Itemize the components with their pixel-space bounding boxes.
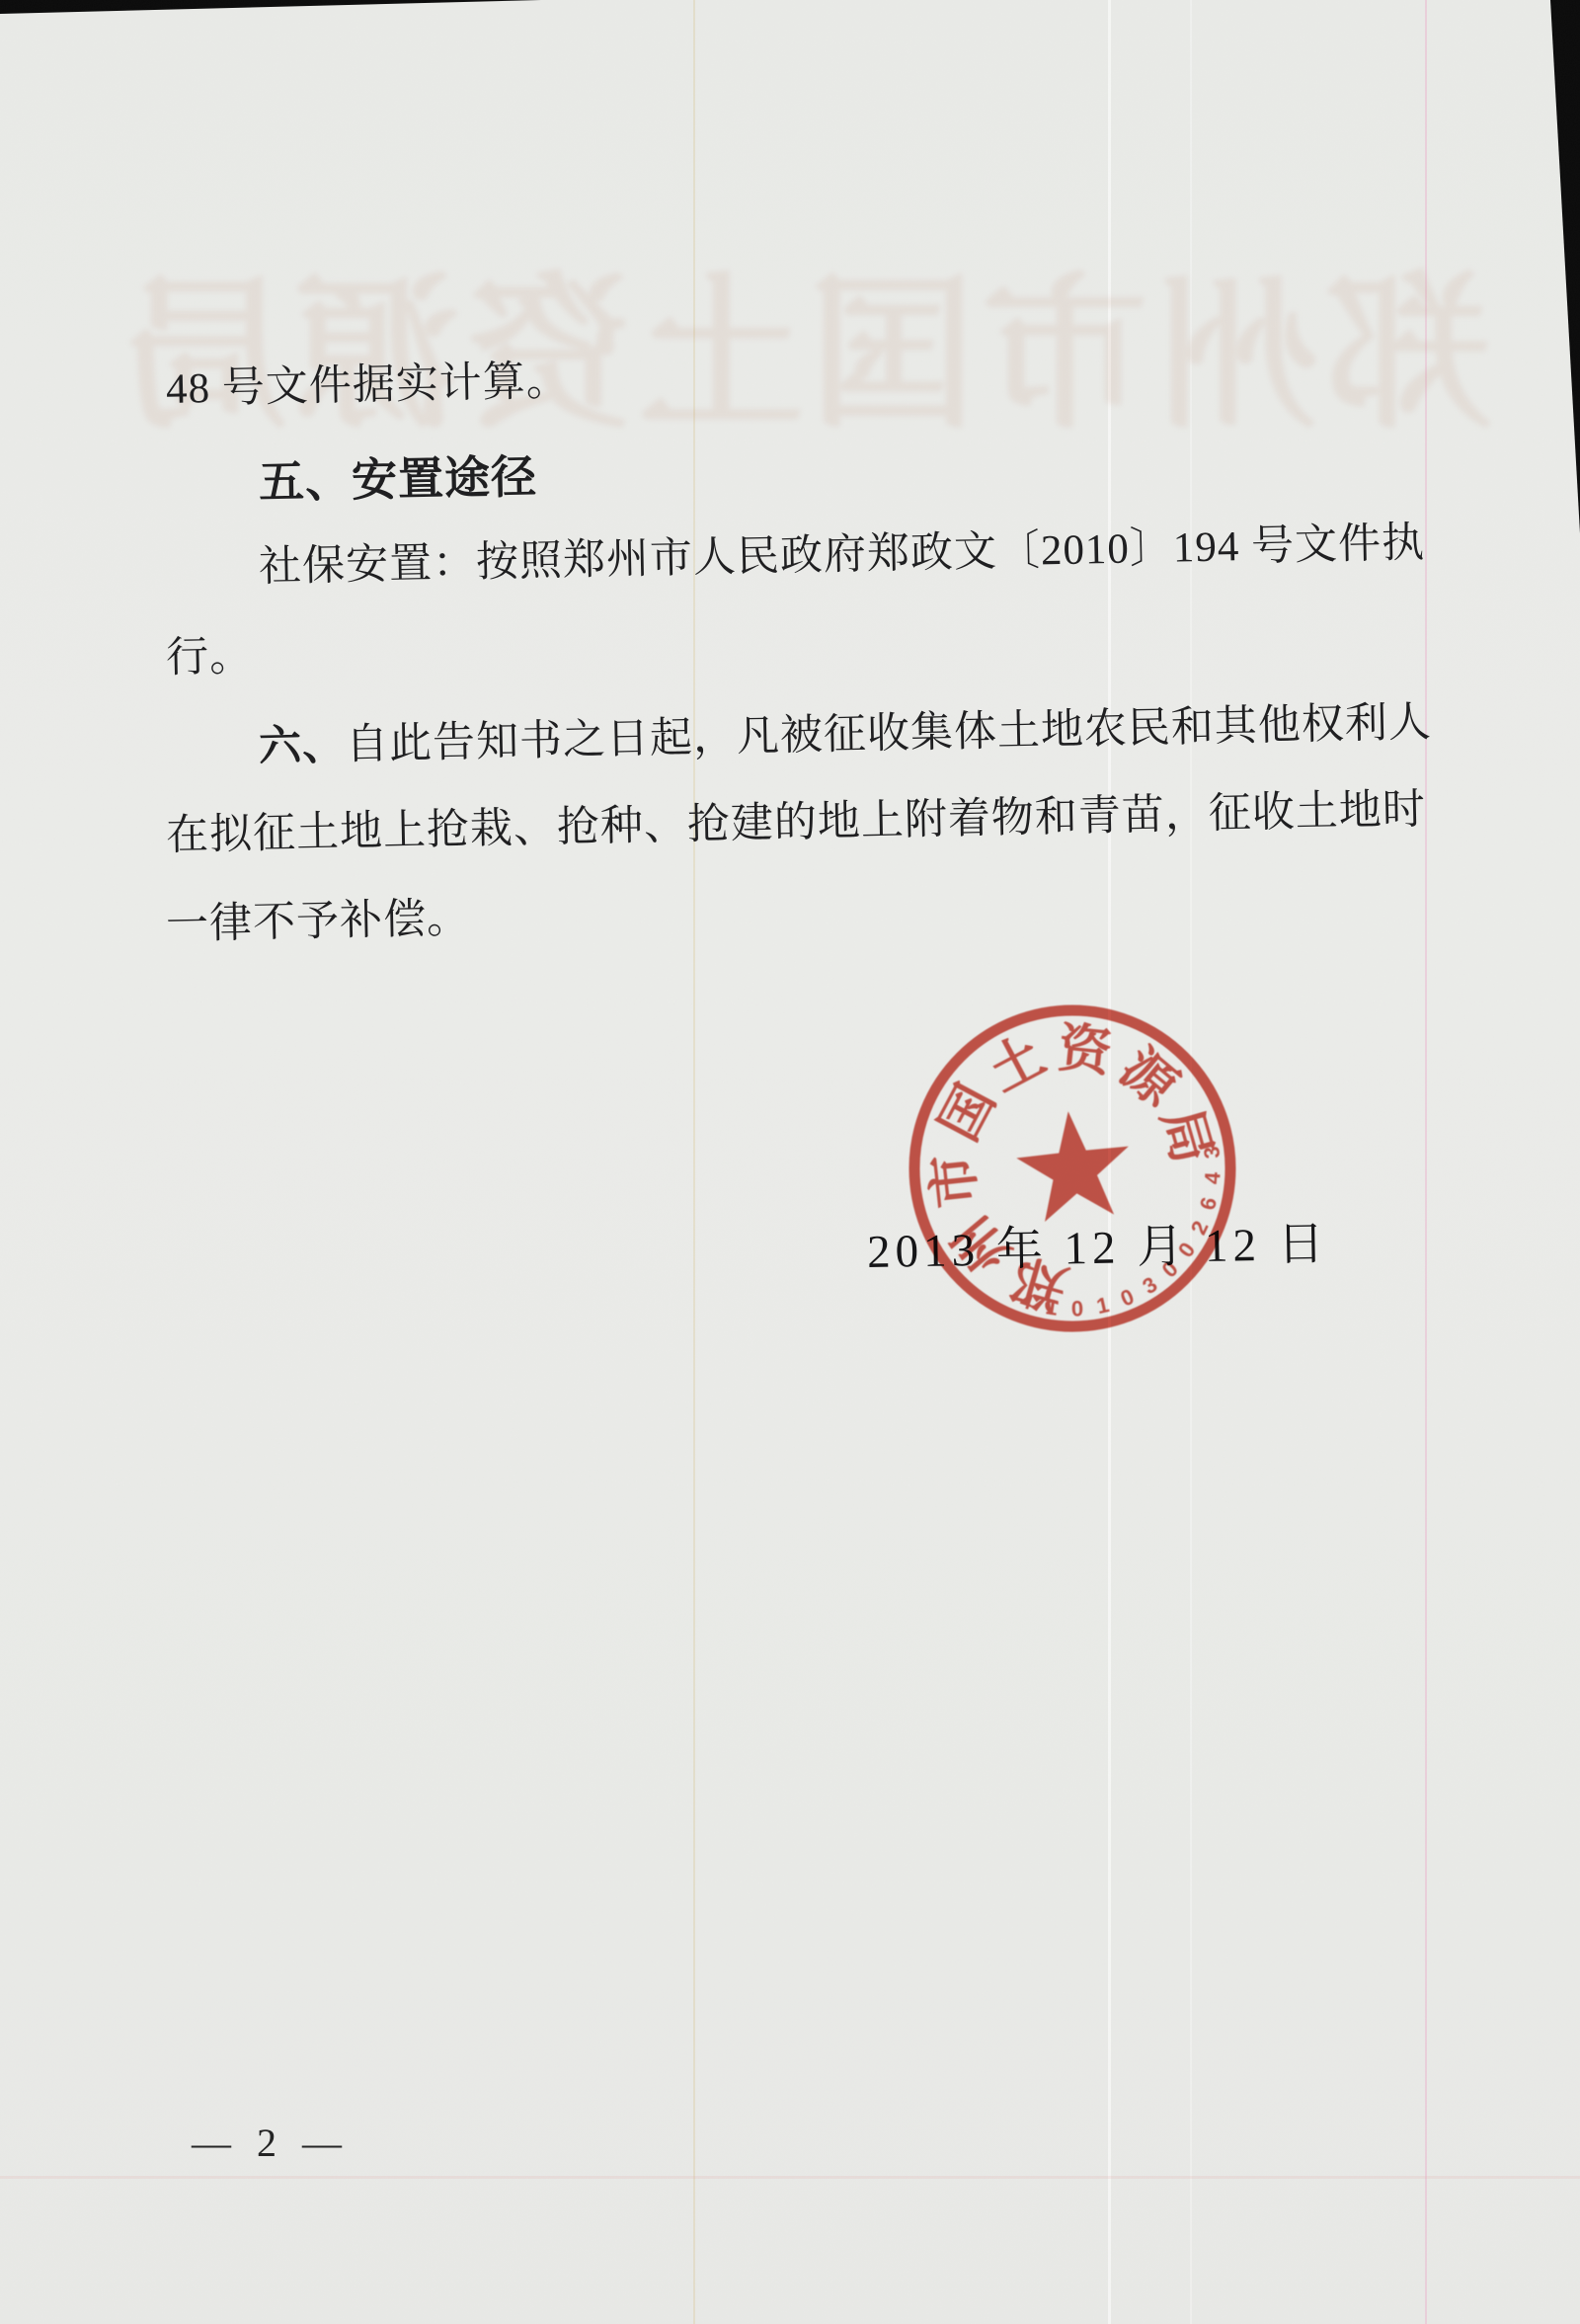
page-number: — 2 — — [192, 2120, 350, 2166]
svg-text:市: 市 — [922, 1152, 987, 1211]
seal-graphics: 郑州市国土资源局 410103002643 — [914, 1010, 1230, 1326]
svg-text:资: 资 — [1056, 1018, 1117, 1083]
body-line: 一律不予补偿。 — [165, 885, 470, 951]
scan-edge-artifact — [1550, 0, 1580, 533]
body-text: 自此告知书之日起，凡被征收集体土地农民和其他权利人 — [346, 699, 1433, 768]
svg-text:郑: 郑 — [1006, 1246, 1073, 1319]
svg-text:0: 0 — [1117, 1284, 1138, 1312]
body-line: 行。 — [165, 622, 253, 684]
body-line: 48 号文件据实计算。 — [165, 347, 570, 416]
official-seal-stamp: 郑州市国土资源局 410103002643 — [877, 972, 1272, 1367]
svg-text:0: 0 — [1070, 1296, 1083, 1321]
body-line: 社保安置：按照郑州市人民政府郑政文〔2010〕194 号文件执 — [258, 509, 1425, 594]
scan-edge-artifact — [0, 0, 541, 14]
body-line: 六、自此告知书之日起，凡被征收集体土地农民和其他权利人 — [258, 688, 1432, 773]
scanned-document-page: 郑州市国土资源局 48 号文件据实计算。 五、安置途径 社保安置：按照郑州市人民… — [0, 0, 1580, 2324]
svg-text:6: 6 — [1195, 1194, 1222, 1212]
red-star-icon — [1016, 1111, 1129, 1222]
section-heading: 五、安置途径 — [258, 441, 537, 512]
body-line: 在拟征土地上抢栽、抢种、抢建的地上附着物和青苗，征收土地时 — [165, 775, 1426, 862]
svg-text:4: 4 — [1200, 1170, 1225, 1185]
showthrough-watermark: 郑州市国土资源局 — [148, 222, 1491, 460]
svg-text:1: 1 — [1094, 1292, 1111, 1319]
scanner-streak — [0, 2176, 1580, 2179]
section-number: 六、 — [259, 721, 347, 770]
svg-text:2: 2 — [1186, 1217, 1214, 1239]
